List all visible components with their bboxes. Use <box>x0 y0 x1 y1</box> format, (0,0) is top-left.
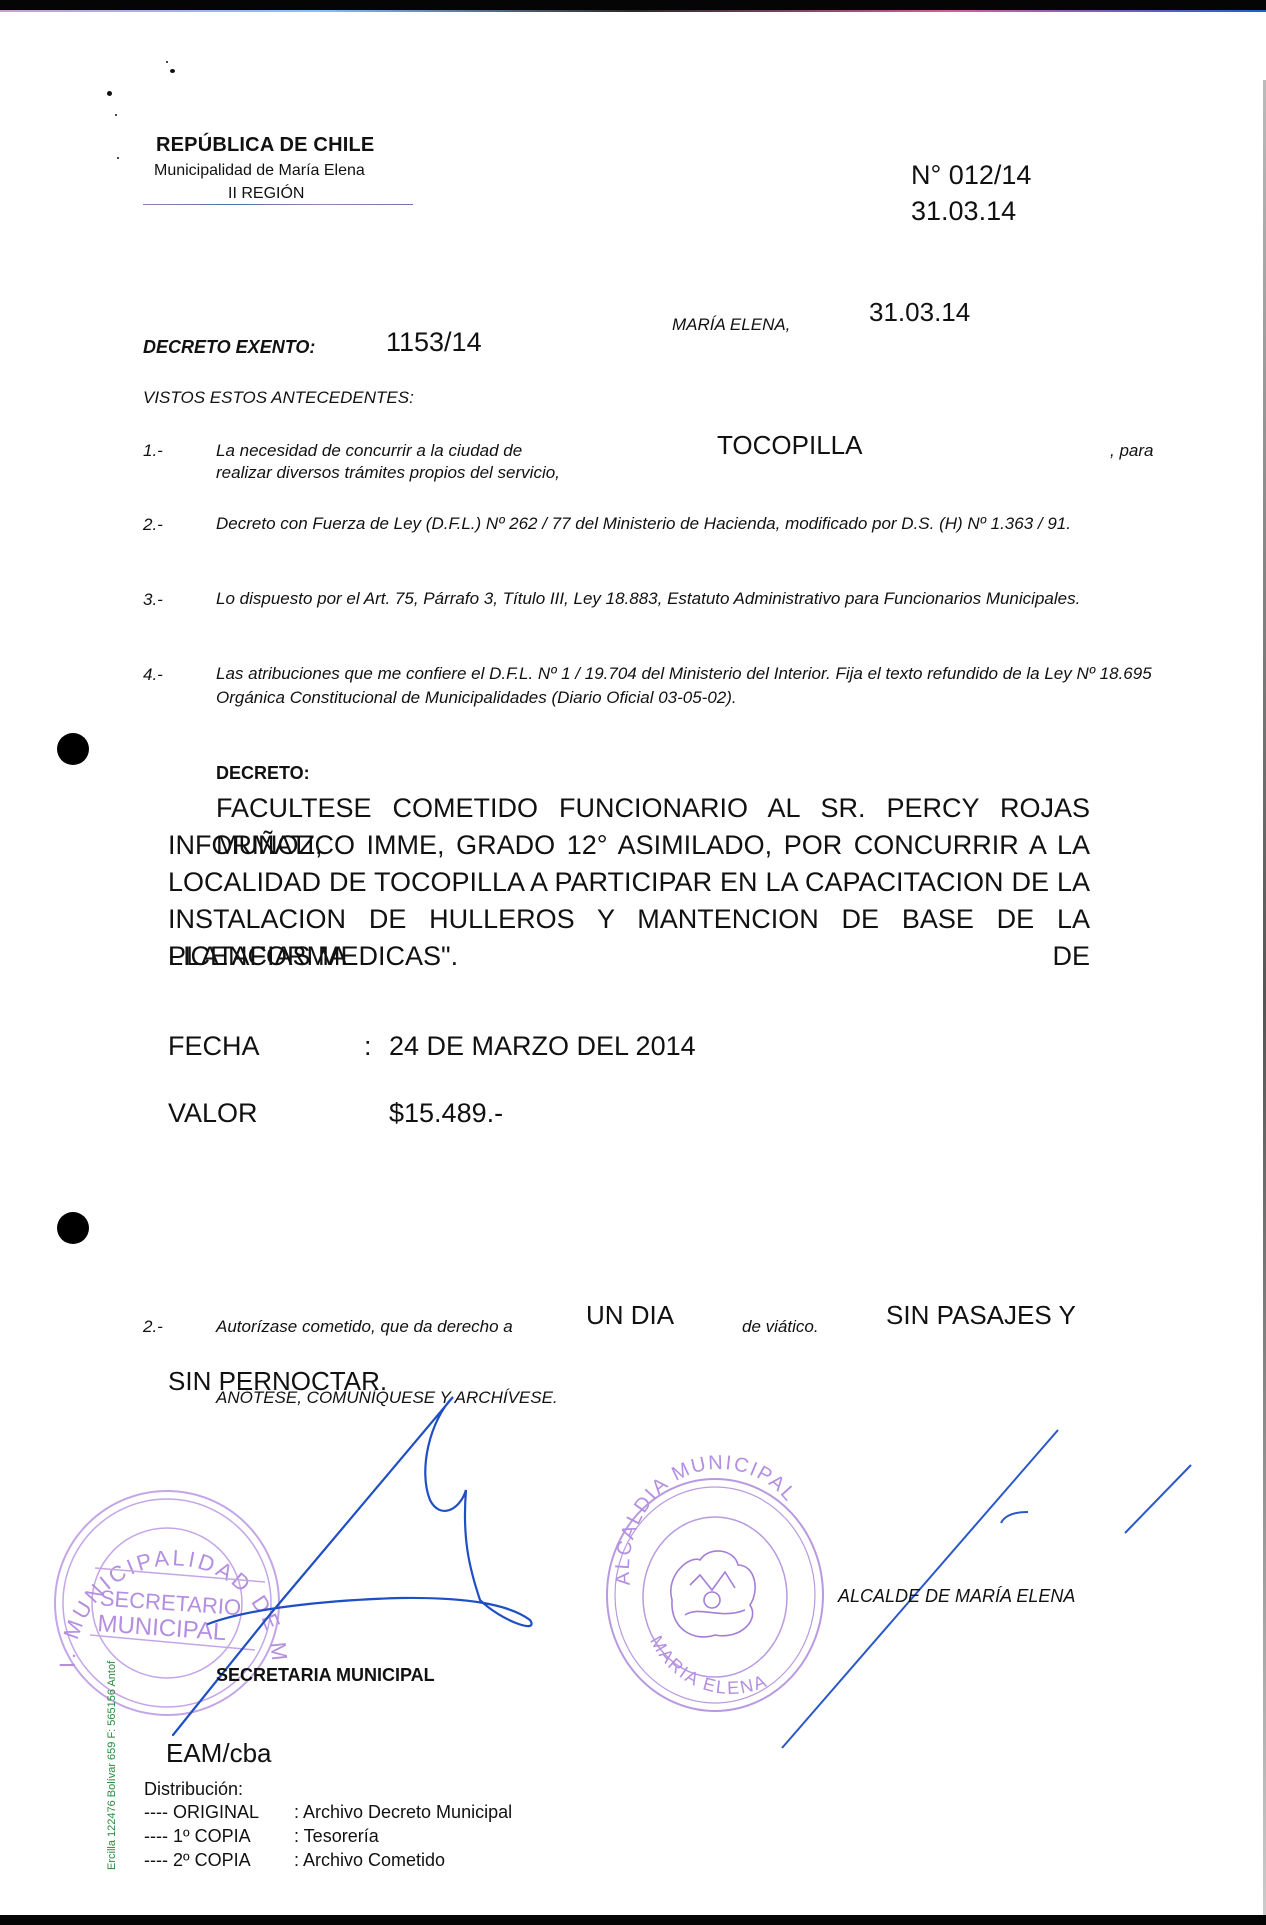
viatico-extra: SIN PASAJES Y <box>886 1300 1076 1331</box>
viatico-text: Autorízase cometido, que da derecho a <box>216 1317 513 1337</box>
stamp-ring-text: MARIA ELENA <box>646 1632 771 1698</box>
coat-of-arms-icon <box>671 1551 755 1637</box>
letterhead-region: II REGIÓN <box>228 185 304 203</box>
scan-speck <box>170 69 175 73</box>
viatico-number: 2.- <box>143 1317 163 1337</box>
letterhead-municipality: Municipalidad de María Elena <box>154 162 365 180</box>
vistos-item-number: 4.- <box>143 665 163 685</box>
secretary-signature-label: SECRETARIA MUNICIPAL <box>216 1665 435 1686</box>
decree-number: 1153/14 <box>386 327 482 358</box>
vistos-item-text: Las atribuciones que me confiere el D.F.… <box>216 662 1166 710</box>
decreto-line: INSTALACION DE HULLEROS Y MANTENCION DE … <box>168 901 1090 938</box>
reference-date: 31.03.14 <box>911 196 1016 227</box>
decree-label: DECRETO EXENTO: <box>143 337 315 358</box>
decreto-label: DECRETO: <box>216 763 310 784</box>
distribution-copy: ---- 1º COPIA <box>144 1826 251 1847</box>
svg-text:ALCALDIA MUNICIPAL: ALCALDIA MUNICIPAL <box>612 1452 801 1587</box>
reference-number: N° 012/14 <box>911 160 1031 191</box>
punch-hole <box>57 733 89 765</box>
distribution-heading: Distribución: <box>144 1779 243 1800</box>
decreto-line: FACULTESE COMETIDO FUNCIONARIO AL SR. PE… <box>168 790 1090 827</box>
vistos-heading: VISTOS ESTOS ANTECEDENTES: <box>143 388 414 408</box>
issue-place: MARÍA ELENA, <box>672 315 790 335</box>
typist-initials: EAM/cba <box>166 1738 272 1769</box>
decreto-line: LOCALIDAD DE TOCOPILLA A PARTICIPAR EN L… <box>168 864 1090 901</box>
vistos-item-number: 1.- <box>143 441 163 461</box>
vistos-item-text: La necesidad de concurrir a la ciudad de <box>216 441 522 461</box>
scan-speck <box>117 157 119 159</box>
vistos-item-text: realizar diversos trámites propios del s… <box>216 463 560 483</box>
stamp-center-text: SECRETARIO <box>99 1585 242 1620</box>
letterhead-country: REPÚBLICA DE CHILE <box>156 134 374 157</box>
vistos-item-text: , para <box>1110 441 1153 461</box>
decreto-line: INFORMATICO IMME, GRADO 12° ASIMILADO, P… <box>168 827 1090 864</box>
valor-label: VALOR <box>168 1098 258 1129</box>
fecha-value: 24 DE MARZO DEL 2014 <box>389 1031 696 1062</box>
distribution-copy: ---- 2º COPIA <box>144 1850 251 1871</box>
vistos-item-text: Lo dispuesto por el Art. 75, Párrafo 3, … <box>216 587 1166 611</box>
distribution-copy: ---- ORIGINAL <box>144 1802 259 1823</box>
distribution-destination: : Archivo Cometido <box>294 1850 445 1871</box>
mayor-signature-label: ALCALDE DE MARÍA ELENA <box>838 1586 1075 1607</box>
scan-bottom-border <box>0 1915 1266 1925</box>
printer-imprint: Ercilla 122476 Bolívar 659 F: 565156 Ant… <box>106 1661 118 1870</box>
viatico-text: de viático. <box>742 1317 819 1337</box>
vistos-item-number: 3.- <box>143 590 163 610</box>
closing-formula: ANÓTESE, COMUNÍQUESE Y ARCHÍVESE. <box>216 1388 558 1408</box>
distribution-destination: : Archivo Decreto Municipal <box>294 1802 512 1823</box>
fecha-separator: : <box>364 1031 372 1062</box>
scan-speck <box>107 91 112 96</box>
viatico-days: UN DIA <box>586 1300 674 1331</box>
destination-city: TOCOPILLA <box>717 430 862 461</box>
valor-value: $15.489.- <box>389 1098 503 1129</box>
vistos-item-text: Decreto con Fuerza de Ley (D.F.L.) Nº 26… <box>216 512 1166 536</box>
scan-speck <box>166 61 168 63</box>
svg-text:MARIA ELENA: MARIA ELENA <box>646 1632 771 1698</box>
distribution-destination: : Tesorería <box>294 1826 379 1847</box>
punch-hole <box>57 1212 89 1244</box>
stamp-ring-text: ALCALDIA MUNICIPAL <box>612 1452 801 1587</box>
scan-speck <box>115 114 117 116</box>
vistos-item-number: 2.- <box>143 515 163 535</box>
decreto-body: FACULTESE COMETIDO FUNCIONARIO AL SR. PE… <box>168 790 1090 975</box>
issue-date: 31.03.14 <box>869 297 970 328</box>
letterhead-rule <box>143 204 413 205</box>
fecha-label: FECHA <box>168 1031 260 1062</box>
stamp-center-text: MUNICIPAL <box>97 1610 227 1646</box>
scan-top-border <box>0 0 1266 10</box>
